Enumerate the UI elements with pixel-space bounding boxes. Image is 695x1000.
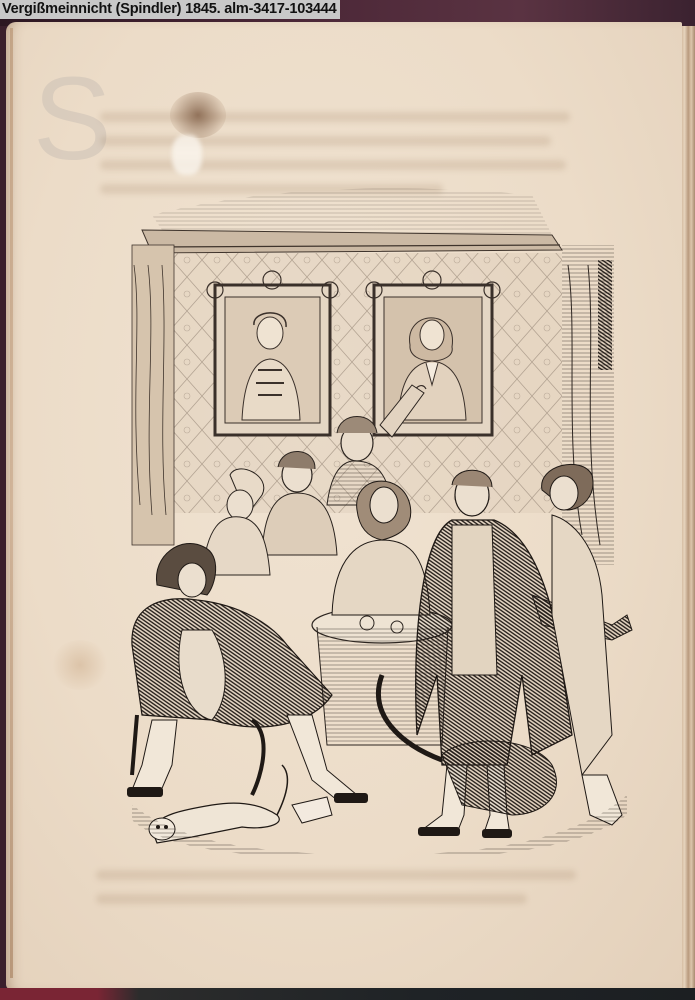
paper-stain	[170, 92, 226, 138]
bleed-through-text-bottom	[96, 870, 586, 918]
paper-stain-light	[172, 135, 202, 175]
engraving-illustration	[112, 175, 642, 855]
left-curtain	[132, 245, 174, 545]
page-gutter	[10, 28, 13, 978]
page-edge	[680, 26, 695, 988]
portrait-frame-left	[207, 271, 338, 435]
portrait-frame-right	[366, 271, 500, 435]
fallen-papers	[292, 797, 332, 823]
paper-stain-small	[50, 640, 110, 690]
image-caption-label: Vergißmeinnicht (Spindler) 1845. alm-341…	[0, 0, 340, 19]
book-binding-bottom	[0, 988, 695, 1000]
right-curtain	[562, 245, 614, 565]
